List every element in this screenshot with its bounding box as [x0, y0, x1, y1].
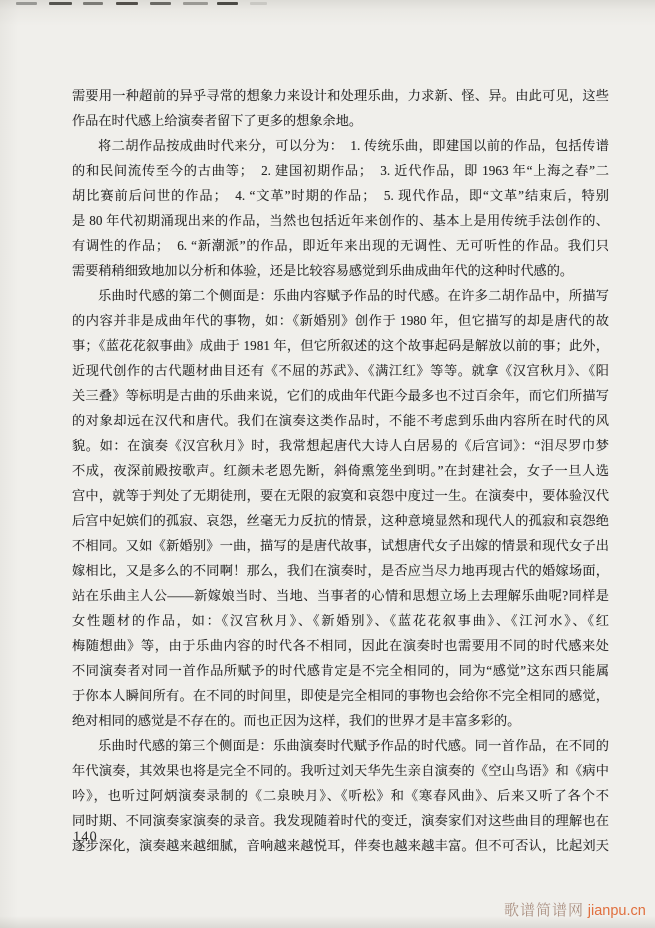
text-line: 的对象却远在汉代和唐代。我们在演奏这类作品时，不能不考虑到乐曲内容所在时代的风	[72, 408, 609, 433]
torn-edge-dash	[83, 2, 103, 5]
text-line: 乐曲时代感的第二个侧面是：乐曲内容赋予作品的时代感。在许多二胡作品中，所描写	[72, 283, 609, 308]
watermark: 歌谱简谱网 jianpu.cn	[504, 899, 646, 920]
text-line: 事；《蓝花花叙事曲》成曲于 1981 年，但它所叙述的这个故事起码是解放以前的事…	[72, 333, 609, 358]
text-line: 后宫中妃嫔们的孤寂、哀怨，丝毫无力反抗的情景，这种意境显然和现代人的孤寂和哀怨绝	[72, 508, 609, 533]
text-line: 吟》，也听过阿炳演奏录制的《二泉映月》、《听松》和《寒春风曲》、后来又听了各个不	[72, 783, 609, 808]
text-line: 年代演奏，其效果也将是完全不同的。我听过刘天华先生亲自演奏的《空山鸟语》和《病中	[72, 758, 609, 783]
text-line: 将二胡作品按成曲时代来分，可以分为： 1. 传统乐曲，即建国以前的作品，包括传谱	[72, 133, 609, 158]
torn-edge-dash	[116, 2, 138, 5]
text-line: 的和民间流传至今的古曲等； 2. 建国初期作品； 3. 近代作品，即 1963 …	[72, 158, 609, 183]
page-text: 需要用一种超前的异乎寻常的想象力来设计和处理乐曲，力求新、怪、异。由此可见，这些…	[72, 83, 609, 858]
text-line: 不成，夜深前殿按歌声。红颜未老恩先断，斜倚熏笼坐到明。”在封建社会，女子一旦人选	[72, 458, 609, 483]
text-line: 嫁相比，又是多么的不同啊！那么，我们在演奏时，是否应当尽力地再现古代的婚嫁场面，	[72, 558, 609, 583]
paragraph: 需要用一种超前的异乎寻常的想象力来设计和处理乐曲，力求新、怪、异。由此可见，这些…	[72, 83, 609, 133]
torn-edge-dash	[150, 2, 171, 5]
text-line: 乐曲时代感的第三个侧面是：乐曲演奏时代赋予作品的时代感。同一首作品，在不同的	[72, 733, 609, 758]
paragraph: 将二胡作品按成曲时代来分，可以分为： 1. 传统乐曲，即建国以前的作品，包括传谱…	[72, 133, 609, 283]
torn-edge-dash	[217, 2, 238, 5]
text-line: 同时期、不同演奏家演奏的录音。我发现随着时代的变迁，演奏家们对这些曲目的理解也在	[72, 808, 609, 833]
torn-edge-dash	[49, 2, 72, 5]
text-line: 站在乐曲主人公——新嫁娘当时、当地、当事者的心情和思想立场上去理解乐曲呢?同样是	[72, 583, 609, 608]
text-line: 绝对相同的感觉是不存在的。而也正因为这样，我们的世界才是丰富多彩的。	[72, 708, 609, 733]
text-line: 作品在时代感上给演奏者留下了更多的想象余地。	[72, 108, 609, 133]
scanned-page: { "page": { "background_color": "#f0efeb…	[0, 0, 655, 928]
text-line: 不同演奏者对同一首作品所赋予的时代感肯定是不完全相同的，同为“感觉”这东西只能属	[72, 658, 609, 683]
torn-edge-dash	[250, 2, 267, 5]
text-line: 不相同。又如《新婚别》一曲，描写的是唐代故事，试想唐代女子出嫁的情景和现代女子出	[72, 533, 609, 558]
text-line: 是 80 年代初期涌现出来的作品，当然也包括近年来创作的、基本上是用传统手法创作…	[72, 208, 609, 233]
text-line: 需要稍稍细致地加以分析和体验，还是比较容易感觉到乐曲成曲年代的这种时代感的。	[72, 258, 609, 283]
torn-edge-dash	[183, 2, 208, 5]
paragraph: 乐曲时代感的第三个侧面是：乐曲演奏时代赋予作品的时代感。同一首作品，在不同的年代…	[72, 733, 609, 858]
watermark-site-name: 歌谱简谱网	[504, 903, 584, 919]
text-line: 于你本人瞬间所有。在不同的时间里，即使是完全相同的事物也会给你不完全相同的感觉，	[72, 683, 609, 708]
text-line: 女性题材的作品，如：《汉宫秋月》、《新婚别》、《蓝花花叙事曲》、《江河水》、《红	[72, 608, 609, 633]
text-line: 的内容并非是成曲年代的事物，如：《新婚别》创作于 1980 年，但它描写的却是唐…	[72, 308, 609, 333]
text-line: 有调性的作品； 6. “新潮派”的作品，即近年来出现的无调性、无可听性的作品。我…	[72, 233, 609, 258]
paragraph: 乐曲时代感的第二个侧面是：乐曲内容赋予作品的时代感。在许多二胡作品中，所描写的内…	[72, 283, 609, 733]
text-line: 宫中，就等于判处了无期徒刑，要在无限的寂寞和哀怨中度过一生。在演奏中，要体验汉代	[72, 483, 609, 508]
text-line: 梅随想曲》等，由于乐曲内容的时代各不相同，因此在演奏时也需要用不同的时代感来处理…	[72, 633, 609, 658]
text-line: 胡比赛前后问世的作品； 4. “文革”时期的作品； 5. 现代作品，即“文革”结…	[72, 183, 609, 208]
text-line: 近现代创作的古代题材曲目还有《不屈的苏武》、《满江红》等等。就拿《汉宫秋月》、《…	[72, 358, 609, 383]
text-line: 关三叠》等标明是古曲的乐曲来说，它们的成曲年代距今最多也不过百余年，而它们所描写	[72, 383, 609, 408]
page-number: 140	[73, 829, 98, 846]
text-line: 需要用一种超前的异乎寻常的想象力来设计和处理乐曲，力求新、怪、异。由此可见，这些	[72, 83, 609, 108]
text-line: 貌。如：在演奏《汉宫秋月》时，我常想起唐代大诗人白居易的《后宫词》：“泪尽罗巾梦	[72, 433, 609, 458]
torn-edge-dash	[16, 2, 37, 5]
text-line: 逐步深化，演奏越来越细腻，音响越来越悦耳，伴奏也越来越丰富。但不可否认，比起刘天	[72, 833, 609, 858]
watermark-site-url: jianpu.cn	[588, 903, 646, 919]
